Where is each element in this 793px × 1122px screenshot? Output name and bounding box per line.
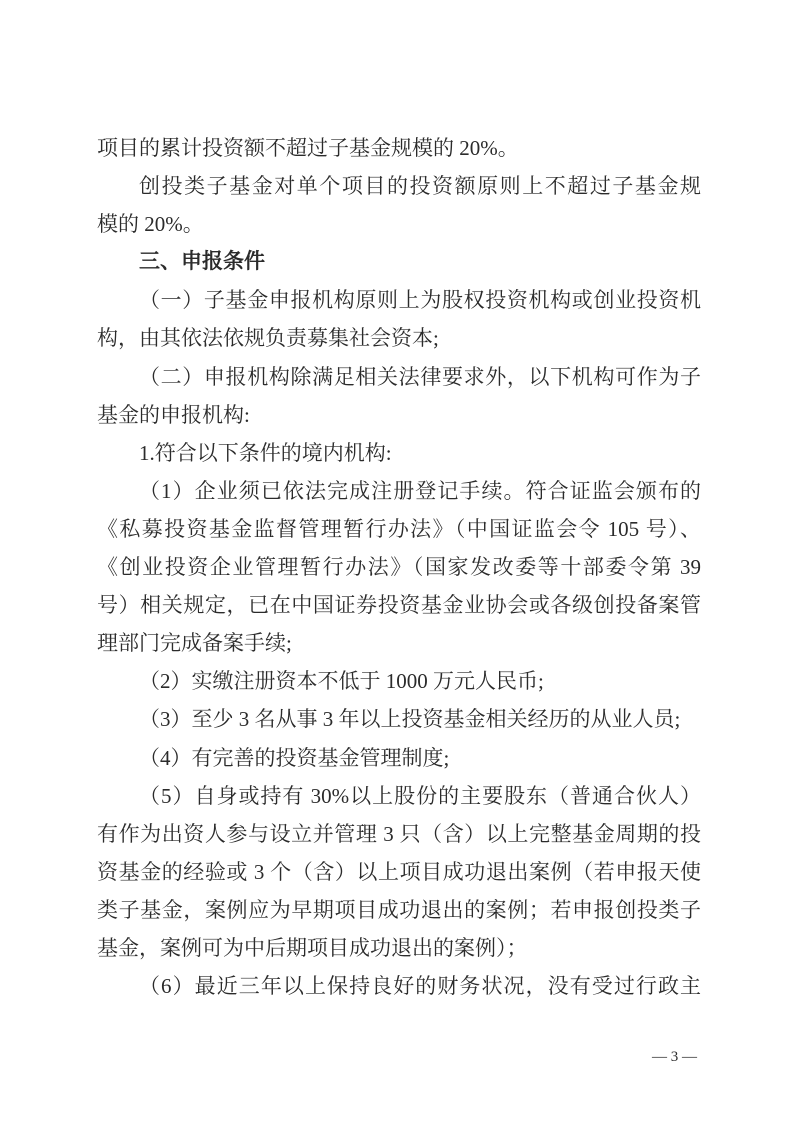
text-line: 构，由其依法依规负责募集社会资本; [97,319,701,357]
text-line: 1.符合以下条件的境内机构: [97,434,701,472]
page-number: — 3 — [652,1048,697,1066]
document-page: 项目的累计投资额不超过子基金规模的 20%。创投类子基金对单个项目的投资额原则上… [0,0,793,1122]
text-line: 《创业投资企业管理暂行办法》（国家发改委等十部委令第 39 [97,548,701,586]
document-body: 项目的累计投资额不超过子基金规模的 20%。创投类子基金对单个项目的投资额原则上… [97,129,701,1005]
text-line: 基金，案例可为中后期项目成功退出的案例）； [97,929,701,967]
section-heading: 三、申报条件 [97,243,701,281]
text-line: 理部门完成备案手续; [97,624,701,662]
text-line: 类子基金，案例应为早期项目成功退出的案例；若申报创投类子 [97,891,701,929]
text-line: （3）至少 3 名从事 3 年以上投资基金相关经历的从业人员; [97,700,701,738]
text-line: 基金的申报机构: [97,396,701,434]
text-line: （二）申报机构除满足相关法律要求外，以下机构可作为子 [97,358,701,396]
text-line: 《私募投资基金监督管理暂行办法》（中国证监会令 105 号）、 [97,510,701,548]
text-line: （1）企业须已依法完成注册登记手续。符合证监会颁布的 [97,472,701,510]
text-line: （6）最近三年以上保持良好的财务状况，没有受过行政主 [97,967,701,1005]
text-line: 项目的累计投资额不超过子基金规模的 20%。 [97,129,701,167]
text-line: （4）有完善的投资基金管理制度; [97,739,701,777]
text-line: （5）自身或持有 30%以上股份的主要股东（普通合伙人） [97,777,701,815]
text-line: 号）相关规定，已在中国证券投资基金业协会或各级创投备案管 [97,586,701,624]
text-line: （2）实缴注册资本不低于 1000 万元人民币; [97,662,701,700]
text-line: 模的 20%。 [97,205,701,243]
text-line: 创投类子基金对单个项目的投资额原则上不超过子基金规 [97,167,701,205]
text-line: 资基金的经验或 3 个（含）以上项目成功退出案例（若申报天使 [97,853,701,891]
text-line: 有作为出资人参与设立并管理 3 只（含）以上完整基金周期的投 [97,815,701,853]
text-line: （一）子基金申报机构原则上为股权投资机构或创业投资机 [97,281,701,319]
